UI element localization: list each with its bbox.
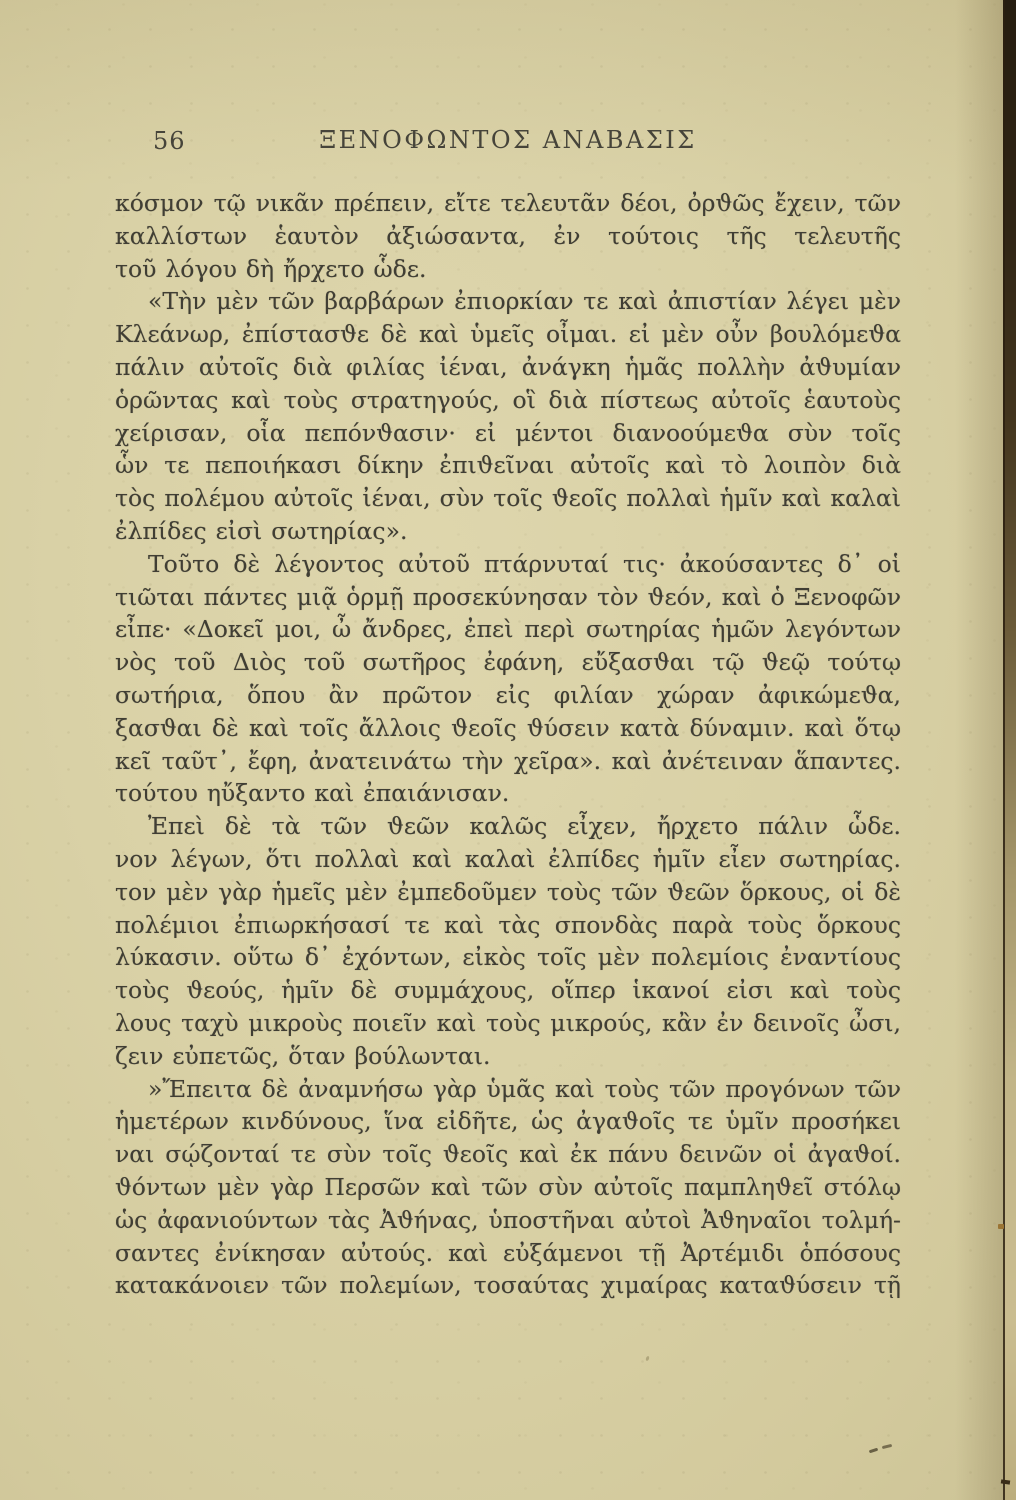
text-line: νον λέγων, ὅτι πολλαὶ καὶ καλαὶ ἐλπίδες … bbox=[115, 843, 901, 876]
gutter-shadow bbox=[955, 0, 1003, 1500]
text-line: ναι σῴζονταί τε σὺν τοῖς ϑεοῖς καὶ ἐκ πά… bbox=[115, 1138, 901, 1171]
text-line: ϑόντων μὲν γὰρ Περσῶν καὶ τῶν σὺν αὐτοῖς… bbox=[115, 1171, 901, 1204]
text-line: Τοῦτο δὲ λέγοντος αὐτοῦ πτάρνυταί τις· ἀ… bbox=[115, 548, 901, 581]
text-line: τούτου ηὔξαντο καὶ ἐπαιάνισαν. bbox=[115, 777, 901, 810]
book-edge bbox=[1003, 0, 1016, 1500]
text-line: χείρισαν, οἷα πεπόνϑασιν· εἰ μέντοι διαν… bbox=[115, 417, 901, 450]
text-line: »Ἔπειτα δὲ ἀναμνήσω γὰρ ὑμᾶς καὶ τοὺς τῶ… bbox=[115, 1073, 901, 1106]
book-page-scan: 56 ΞΕΝΟΦΩΝΤΟΣ ΑΝΑΒΑΣΙΣ κόσμον τῷ νικᾶν π… bbox=[0, 0, 1016, 1500]
pen-mark bbox=[882, 1444, 892, 1449]
page-header: 56 ΞΕΝΟΦΩΝΤΟΣ ΑΝΑΒΑΣΙΣ bbox=[115, 126, 901, 156]
text-line: εἶπε· «Δοκεῖ μοι, ὦ ἄνδρες, ἐπεὶ περὶ σω… bbox=[115, 613, 901, 646]
text-line: τιῶται πάντες μιᾷ ὁρμῇ προσεκύνησαν τὸν … bbox=[115, 581, 901, 614]
text-line: ζειν εὐπετῶς, ὅταν βούλωνται. bbox=[115, 1040, 901, 1073]
text-line: σαντες ἐνίκησαν αὐτούς. καὶ εὐξάμενοι τῇ… bbox=[115, 1237, 901, 1270]
text-line: Κλεάνωρ, ἐπίστασϑε δὲ καὶ ὑμεῖς οἶμαι. ε… bbox=[115, 318, 901, 351]
text-line: ἐλπίδες εἰσὶ σωτηρίας». bbox=[115, 515, 901, 548]
page-number: 56 bbox=[153, 127, 186, 155]
text-line: «Τὴν μὲν τῶν βαρβάρων ἐπιορκίαν τε καὶ ἀ… bbox=[115, 285, 901, 318]
text-line: λους ταχὺ μικροὺς ποιεῖν καὶ τοὺς μικρού… bbox=[115, 1007, 901, 1040]
edge-fleck bbox=[998, 1224, 1004, 1229]
ink-speck bbox=[645, 1356, 650, 1362]
text-line: ὧν τε πεποιήκασι δίκην ἐπιϑεῖναι αὐτοῖς … bbox=[115, 449, 901, 482]
text-line: τοὺς ϑεούς, ἡμῖν δὲ συμμάχους, οἵπερ ἱκα… bbox=[115, 974, 901, 1007]
text-line: τον μὲν γὰρ ἡμεῖς μὲν ἐμπεδοῦμεν τοὺς τῶ… bbox=[115, 876, 901, 909]
text-line: τοῦ λόγου δὴ ἤρχετο ὧδε. bbox=[115, 253, 901, 286]
text-line: πολέμιοι ἐπιωρκήσασί τε καὶ τὰς σπονδὰς … bbox=[115, 909, 901, 942]
text-line: κεῖ ταῦτ᾽, ἔφη, ἀνατεινάτω τὴν χεῖρα». κ… bbox=[115, 745, 901, 778]
pen-mark bbox=[869, 1448, 878, 1454]
text-line: σωτήρια, ὅπου ἂν πρῶτον εἰς φιλίαν χώραν… bbox=[115, 679, 901, 712]
text-line: ὁρῶντας καὶ τοὺς στρατηγούς, οἳ διὰ πίστ… bbox=[115, 384, 901, 417]
text-line: ὡς ἀφανιούντων τὰς Ἀϑήνας, ὑποστῆναι αὐτ… bbox=[115, 1204, 901, 1237]
text-line: λύκασιν. οὕτω δ᾽ ἐχόντων, εἰκὸς τοῖς μὲν… bbox=[115, 941, 901, 974]
text-line: Ἐπεὶ δὲ τὰ τῶν ϑεῶν καλῶς εἶχεν, ἤρχετο … bbox=[115, 810, 901, 843]
text-line: κατακάνοιεν τῶν πολεμίων, τοσαύτας χιμαί… bbox=[115, 1269, 901, 1302]
running-title: ΞΕΝΟΦΩΝΤΟΣ ΑΝΑΒΑΣΙΣ bbox=[115, 126, 901, 154]
text-line: πάλιν αὐτοῖς διὰ φιλίας ἰέναι, ἀνάγκη ἡμ… bbox=[115, 351, 901, 384]
text-line: τὸς πολέμου αὐτοῖς ἰέναι, σὺν τοῖς ϑεοῖς… bbox=[115, 482, 901, 515]
text-line: νὸς τοῦ Διὸς τοῦ σωτῆρος ἐφάνη, εὔξασϑαι… bbox=[115, 646, 901, 679]
text-line: ξασϑαι δὲ καὶ τοῖς ἄλλοις ϑεοῖς ϑύσειν κ… bbox=[115, 712, 901, 745]
text-line: καλλίστων ἑαυτὸν ἀξιώσαντα, ἐν τούτοις τ… bbox=[115, 220, 901, 253]
body-text: κόσμον τῷ νικᾶν πρέπειν, εἴτε τελευτᾶν δ… bbox=[115, 187, 901, 1302]
text-line: ἡμετέρων κινδύνους, ἵνα εἰδῆτε, ὡς ἀγαϑο… bbox=[115, 1105, 901, 1138]
text-line: κόσμον τῷ νικᾶν πρέπειν, εἴτε τελευτᾶν δ… bbox=[115, 187, 901, 220]
